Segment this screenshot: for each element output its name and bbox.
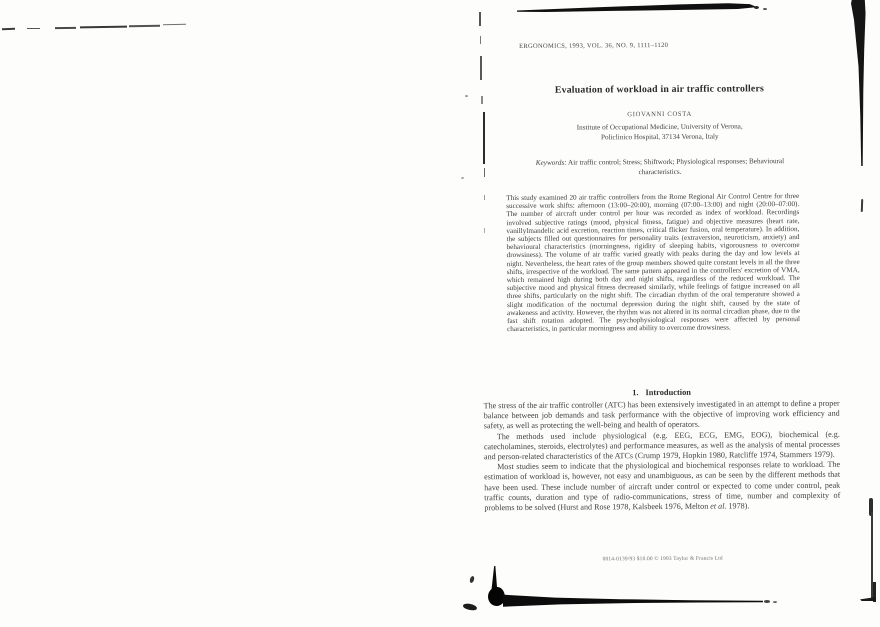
scan-artifact-gutter-dash [481,96,483,104]
scan-artifact-gutter-dash [483,112,486,164]
scan-artifact-top-left-dash [80,25,127,28]
page-content: ERGONOMICS, 1993, VOL. 36, NO. 9, 1111–1… [481,0,841,627]
scan-artifact-top-left-dash [2,28,15,30]
paragraph-2: The methods used include physiological (… [484,429,840,462]
scan-artifact-top-left-dash [163,24,186,26]
scan-artifact-ink-blob [488,587,505,606]
scan-artifact-top-left-dash [27,28,40,30]
scanned-page: ERGONOMICS, 1993, VOL. 36, NO. 9, 1111–1… [0,0,880,627]
section-number: 1. [632,388,638,397]
scan-artifact-gutter-dash [479,12,481,26]
journal-header: ERGONOMICS, 1993, VOL. 36, NO. 9, 1111–1… [519,42,668,50]
body-text: The stress of the air traffic controller… [484,399,841,514]
paragraph-3-text: Most studies seem to indicate that the p… [484,460,840,512]
abstract-text: This study examined 20 air traffic contr… [506,192,800,333]
copyright-footer: 0014-0139/93 $10.00 © 1993 Taylor & Fran… [485,555,841,563]
scan-artifact-gutter-dash [484,228,485,233]
scan-artifact-speck [754,6,759,9]
scan-artifact-speck [465,95,468,97]
scan-artifact-gutter-dash [480,56,482,80]
section-heading-introduction: 1.Introduction [484,387,840,398]
scan-artifact-speck [469,576,475,584]
paper-title: Evaluation of workload in air traffic co… [481,83,837,96]
paragraph-3-etal: et al. [710,502,726,511]
scan-artifact-gutter-dash [484,168,486,177]
scan-artifact-speck [764,600,770,603]
scan-artifact-right-edge-dash [861,199,864,212]
scan-artifact-top-left-dash [55,26,76,28]
scan-artifact-gutter-dash [480,36,482,44]
scan-artifact-speck [773,601,777,603]
scan-artifact-smear [463,603,478,611]
scan-artifact-speck [763,8,767,10]
paragraph-3: Most studies seem to indicate that the p… [484,460,840,513]
affiliation-line-2: Policlinico Hospital, 37134 Verona, Ital… [482,132,838,142]
paragraph-1: The stress of the air traffic controller… [484,399,840,432]
keywords-label: Keywords: [536,159,567,167]
section-title: Introduction [645,388,691,397]
affiliation-line-1: Institute of Occupational Medicine, Univ… [482,122,838,132]
author-name: GIOVANNI COSTA [482,110,838,119]
scan-artifact-gutter-dash [484,195,485,200]
scan-artifact-top-left-dash [129,24,160,26]
keywords-text: Air traffic control; Stress; Shiftwork; … [567,157,785,176]
scan-artifact-speck [461,177,464,179]
paragraph-3-end: 1978). [726,501,749,510]
keywords-block: Keywords: Air traffic control; Stress; S… [525,157,795,178]
scan-artifact-right-edge-hook [860,597,876,601]
scan-artifact-right-edge-line [851,0,866,166]
